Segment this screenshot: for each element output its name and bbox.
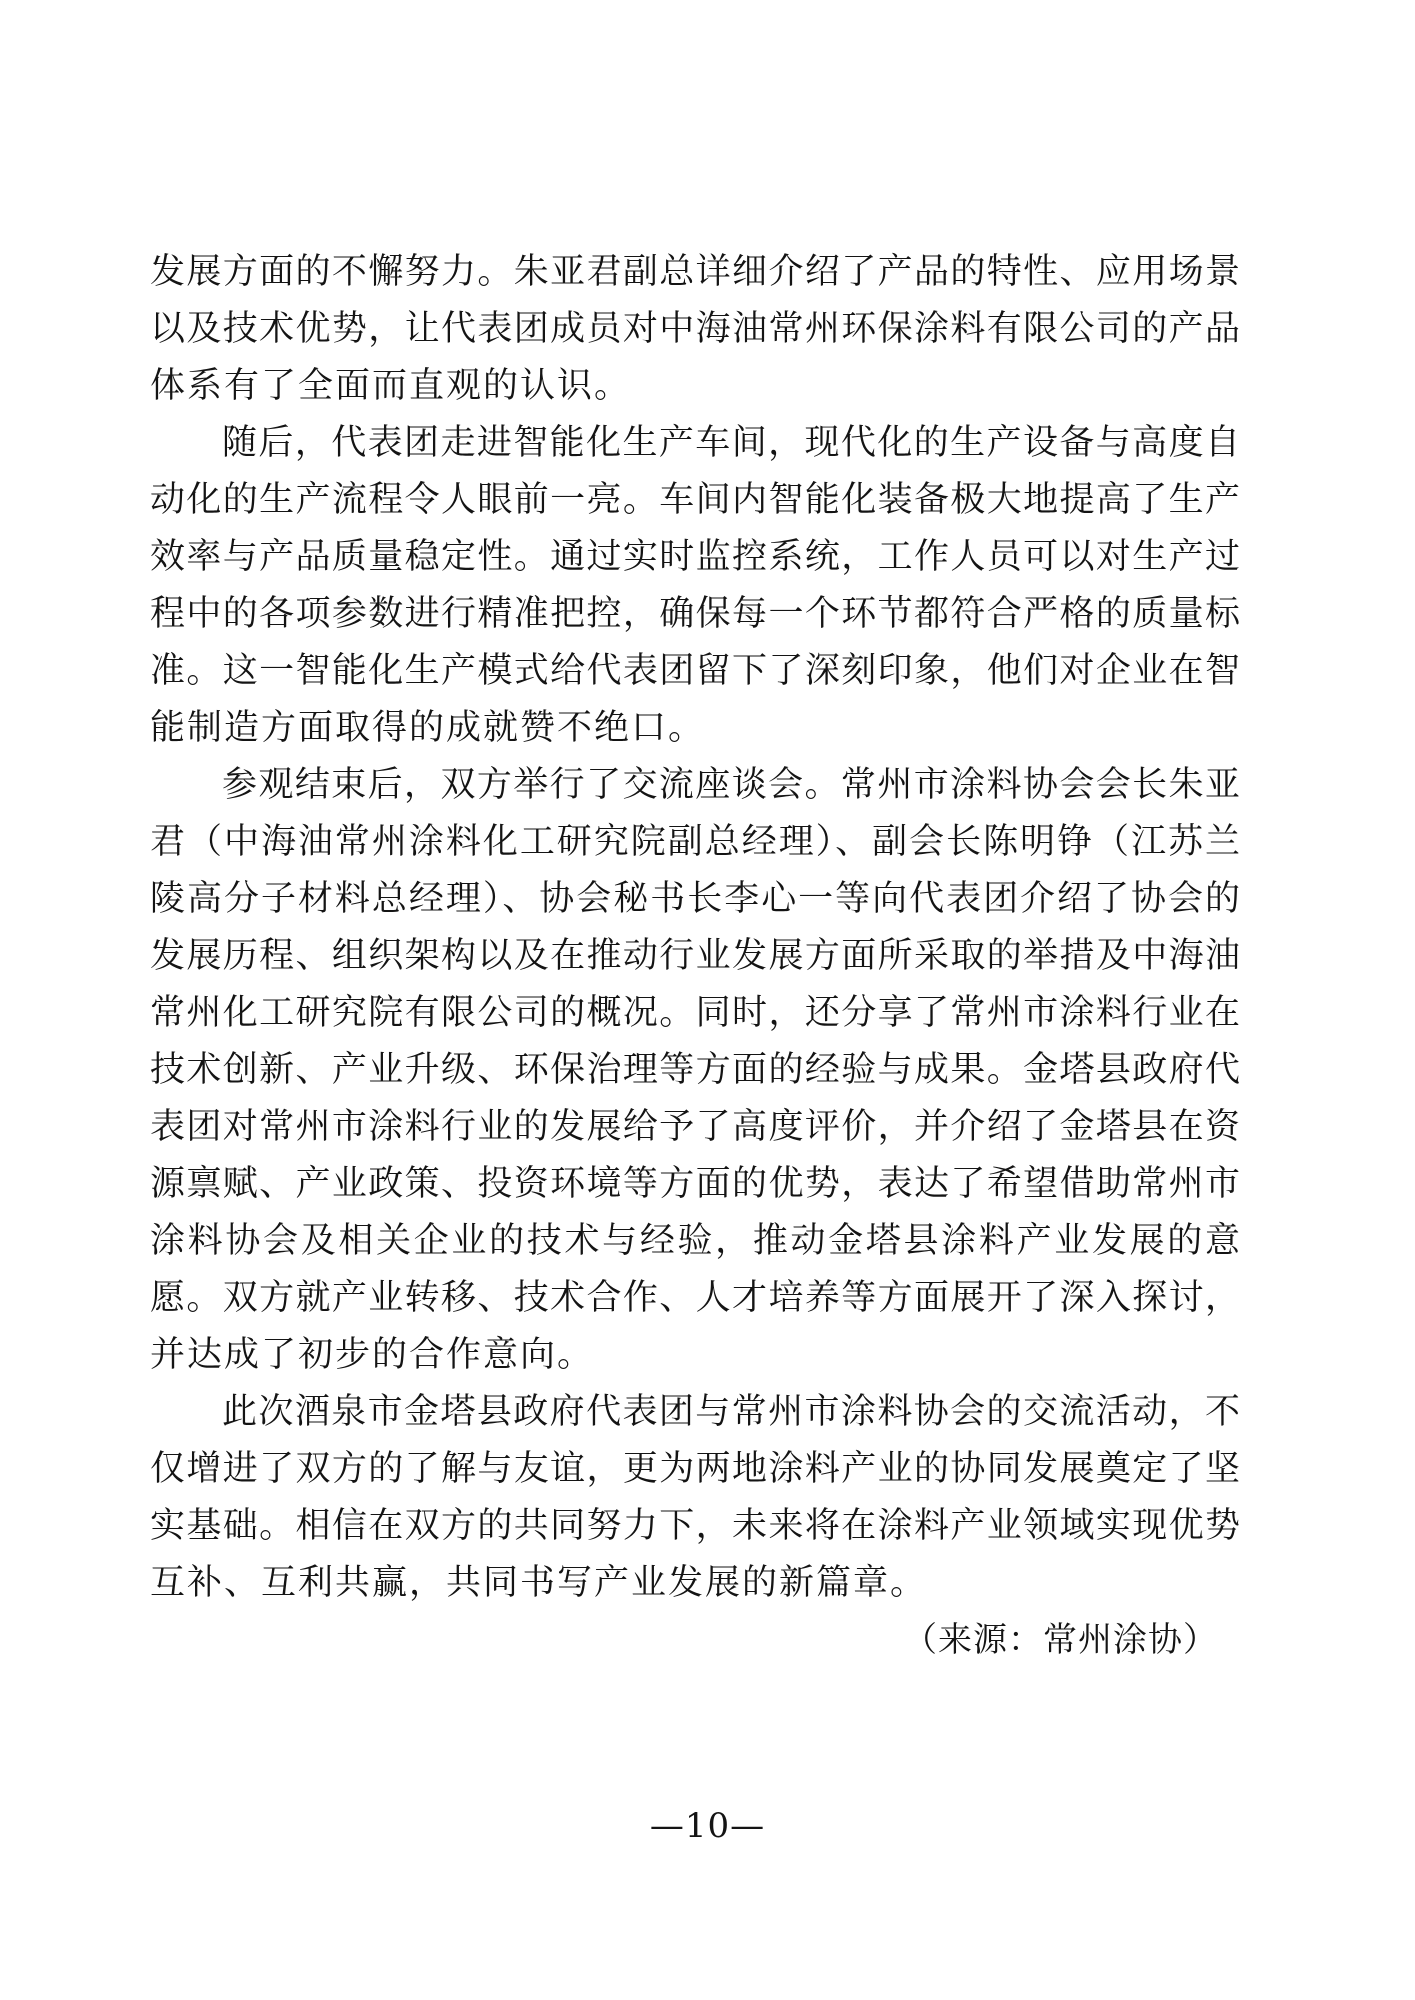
text-line: 能制造方面取得的成就赞不绝口。: [150, 700, 1240, 757]
text-line: 此次酒泉市金塔县政府代表团与常州市涂料协会的交流活动，不: [150, 1384, 1240, 1441]
text-line: 愿。双方就产业转移、技术合作、人才培养等方面展开了深入探讨，: [150, 1270, 1240, 1327]
text-line: 并达成了初步的合作意向。: [150, 1327, 1240, 1384]
text-line: 效率与产品质量稳定性。通过实时监控系统，工作人员可以对生产过: [150, 529, 1240, 586]
text-line: 涂料协会及相关企业的技术与经验，推动金塔县涂料产业发展的意: [150, 1213, 1240, 1270]
text-line: 实基础。相信在双方的共同努力下，未来将在涂料产业领域实现优势: [150, 1498, 1240, 1555]
text-line: 动化的生产流程令人眼前一亮。车间内智能化装备极大地提高了生产: [150, 472, 1240, 529]
text-line: 以及技术优势，让代表团成员对中海油常州环保涂料有限公司的产品: [150, 301, 1240, 358]
body-text: 发展方面的不懈努力。朱亚君副总详细介绍了产品的特性、应用场景 以及技术优势，让代…: [150, 244, 1240, 1669]
text-line: 陵高分子材料总经理）、协会秘书长李心一等向代表团介绍了协会的: [150, 871, 1240, 928]
text-line: 参观结束后，双方举行了交流座谈会。常州市涂料协会会长朱亚: [150, 757, 1240, 814]
text-line: 君（中海油常州涂料化工研究院副总经理）、副会长陈明铮（江苏兰: [150, 814, 1240, 871]
paragraph: 参观结束后，双方举行了交流座谈会。常州市涂料协会会长朱亚 君（中海油常州涂料化工…: [150, 757, 1240, 1384]
page-number: —10—: [0, 1806, 1415, 1846]
paragraph: 随后，代表团走进智能化生产车间，现代化的生产设备与高度自 动化的生产流程令人眼前…: [150, 415, 1240, 757]
text-line: 随后，代表团走进智能化生产车间，现代化的生产设备与高度自: [150, 415, 1240, 472]
text-line: 表团对常州市涂料行业的发展给予了高度评价，并介绍了金塔县在资: [150, 1099, 1240, 1156]
text-line: 常州化工研究院有限公司的概况。同时，还分享了常州市涂料行业在: [150, 985, 1240, 1042]
text-line: 体系有了全面而直观的认识。: [150, 358, 1240, 415]
text-line: 发展方面的不懈努力。朱亚君副总详细介绍了产品的特性、应用场景: [150, 244, 1240, 301]
text-line: 程中的各项参数进行精准把控，确保每一个环节都符合严格的质量标: [150, 586, 1240, 643]
text-line: 准。这一智能化生产模式给代表团留下了深刻印象，他们对企业在智: [150, 643, 1240, 700]
paragraph: 此次酒泉市金塔县政府代表团与常州市涂料协会的交流活动，不 仅增进了双方的了解与友…: [150, 1384, 1240, 1612]
text-line: 互补、互利共赢，共同书写产业发展的新篇章。: [150, 1555, 1240, 1612]
document-page: 发展方面的不懈努力。朱亚君副总详细介绍了产品的特性、应用场景 以及技术优势，让代…: [0, 0, 1415, 2000]
paragraph: 发展方面的不懈努力。朱亚君副总详细介绍了产品的特性、应用场景 以及技术优势，让代…: [150, 244, 1240, 415]
text-line: 发展历程、组织架构以及在推动行业发展方面所采取的举措及中海油: [150, 928, 1240, 985]
text-line: 仅增进了双方的了解与友谊，更为两地涂料产业的协同发展奠定了坚: [150, 1441, 1240, 1498]
text-line: 源禀赋、产业政策、投资环境等方面的优势，表达了希望借助常州市: [150, 1156, 1240, 1213]
source-attribution: （来源：常州涂协）: [150, 1612, 1240, 1669]
text-line: 技术创新、产业升级、环保治理等方面的经验与成果。金塔县政府代: [150, 1042, 1240, 1099]
